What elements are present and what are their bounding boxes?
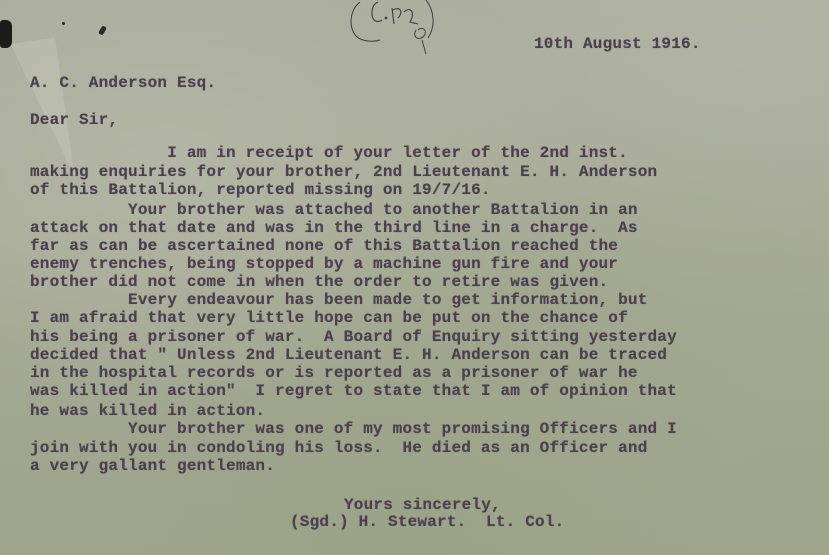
letter-salutation: Dear Sir, [30, 112, 118, 128]
body-line: far as can be ascertained none of this B… [30, 238, 618, 254]
paper-speck [98, 25, 107, 35]
body-line: his being a prisoner of war. A Board of … [30, 329, 677, 345]
body-line: of this Battalion, reported missing on 1… [30, 182, 491, 198]
body-line: making enquiries for your brother, 2nd L… [30, 164, 657, 180]
body-line: decided that " Unless 2nd Lieutenant E. … [30, 347, 667, 363]
body-line: attack on that date and was in the third… [30, 220, 638, 236]
body-line: join with you in condoling his loss. He … [30, 440, 648, 456]
body-line: Every endeavour has been made to get inf… [30, 292, 648, 308]
letter-signature: (Sgd.) H. Stewart. Lt. Col. [290, 514, 564, 530]
paper-speck [62, 22, 65, 25]
letter-recipient: A. C. Anderson Esq. [30, 75, 216, 91]
body-line: Your brother was attached to another Bat… [30, 202, 638, 218]
body-line: a very gallant gentleman. [30, 458, 275, 474]
letter-date: 10th August 1916. [534, 36, 701, 52]
body-line: enemy trenches, being stopped by a machi… [30, 256, 618, 272]
handwritten-annotation [338, 0, 448, 58]
body-line: Your brother was one of my most promisin… [30, 421, 677, 437]
punch-hole [0, 20, 12, 48]
letter-page: 10th August 1916. A. C. Anderson Esq. De… [0, 0, 829, 555]
body-line: was killed in action" I regret to state … [30, 383, 677, 399]
body-line: I am afraid that very little hope can be… [30, 310, 628, 326]
body-line: he was killed in action. [30, 403, 265, 419]
body-line: brother did not come in when the order t… [30, 274, 608, 290]
letter-closing: Yours sincerely, [344, 497, 501, 513]
body-line: in the hospital records or is reported a… [30, 365, 638, 381]
body-line: I am in receipt of your letter of the 2n… [30, 145, 628, 161]
